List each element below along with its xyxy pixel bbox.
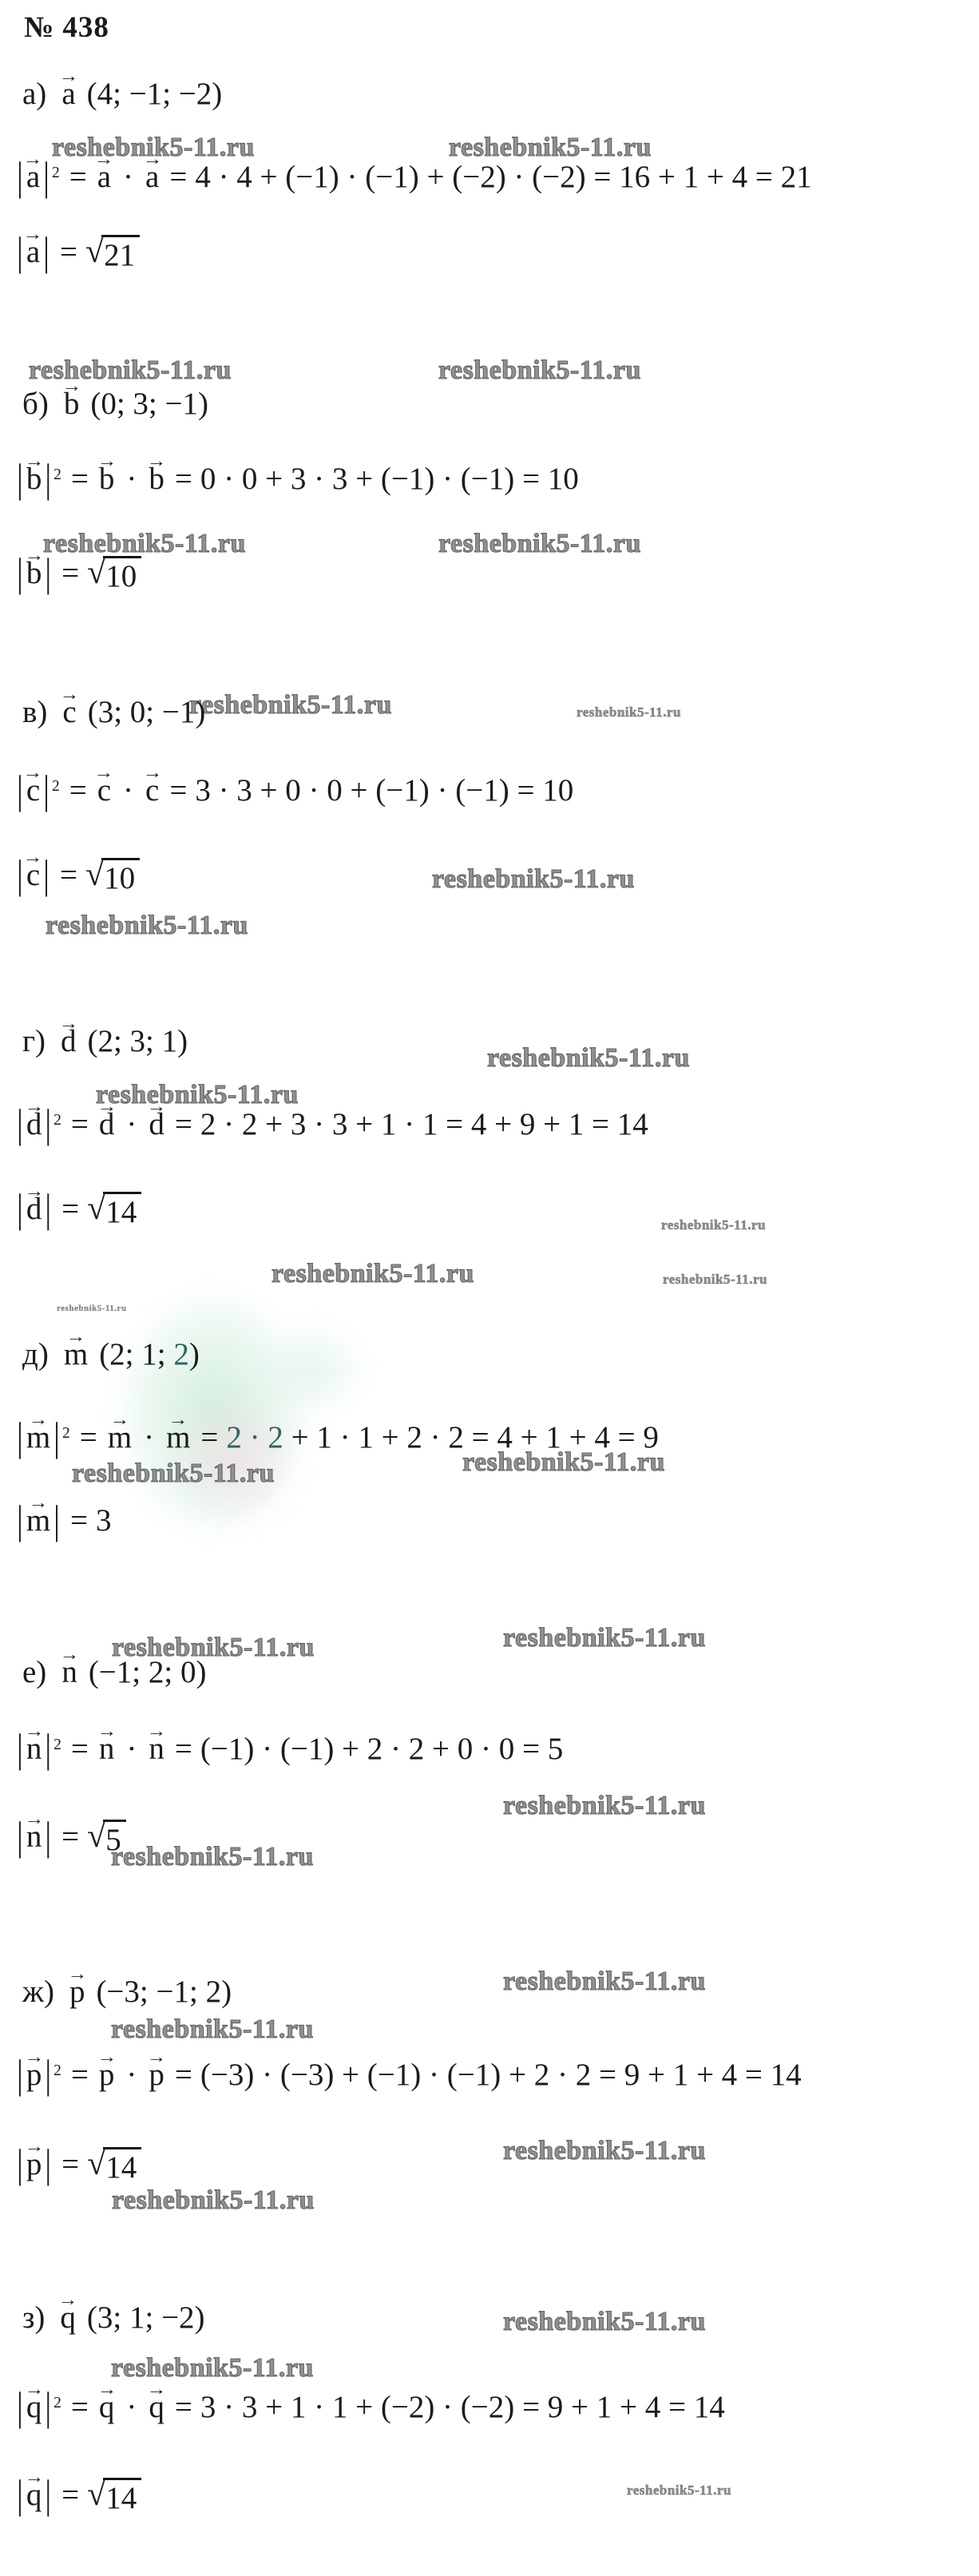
problem-number: № 438 [24, 11, 109, 46]
vector-symbol: q [99, 2390, 115, 2426]
watermark: reshebnik5-11.ru [72, 1459, 275, 1489]
watermark: reshebnik5-11.ru [503, 2307, 706, 2337]
vector-symbol: b [26, 462, 42, 498]
section-label: ж) [22, 1975, 54, 2009]
equation-rhs: 2 · 2 + 3 · 3 + 1 · 1 = 4 + 9 + 1 = 14 [200, 1107, 648, 1141]
equation-rhs: 4 · 4 + (−1) · (−1) + (−2) · (−2) = 16 +… [195, 160, 811, 194]
section-c-result: |c|=√10 [16, 858, 140, 894]
vector-symbol: p [149, 2058, 164, 2094]
watermark: reshebnik5-11.ru [43, 529, 246, 559]
result-value: 3 [96, 1503, 112, 1538]
vector-symbol: p [69, 1975, 85, 2010]
vector-coords: (3; 1; −2) [87, 2300, 205, 2335]
section-label: з) [22, 2300, 45, 2335]
section-m-equation: |m|2=m·m=2 · 2 + 1 · 1 + 2 · 2 = 4 + 1 +… [16, 1420, 659, 1456]
abs-squared: |d|2 [16, 1107, 61, 1141]
vector-symbol: c [97, 773, 111, 809]
watermark: reshebnik5-11.ru [112, 2185, 315, 2216]
vector-symbol: a [145, 160, 159, 196]
vector-symbol: d [99, 1107, 115, 1143]
vector-symbol: a [26, 160, 40, 196]
section-b-header: б)b(0; 3; −1) [22, 387, 208, 423]
section-n-result: |n|=√5 [16, 1820, 126, 1856]
watermark: reshebnik5-11.ru [503, 1791, 706, 1821]
vector-symbol: q [26, 2390, 42, 2426]
section-b-result: |b|=√10 [16, 556, 141, 592]
vector-symbol: b [26, 556, 42, 592]
watermark: reshebnik5-11.ru [577, 705, 681, 720]
section-label: а) [22, 77, 46, 111]
equation-rhs: 0 · 0 + 3 · 3 + (−1) · (−1) = 10 [200, 462, 579, 496]
section-d-header: г)d(2; 3; 1) [22, 1024, 188, 1060]
watermark: reshebnik5-11.ru [111, 1842, 314, 1872]
vector-symbol: q [26, 2478, 42, 2514]
watermark: reshebnik5-11.ru [96, 1080, 299, 1110]
watermark: reshebnik5-11.ru [663, 1272, 767, 1288]
vector-symbol: q [60, 2300, 76, 2336]
vector-symbol: p [26, 2147, 42, 2183]
section-m-result: |m|=3 [16, 1503, 111, 1539]
watermark: reshebnik5-11.ru [661, 1217, 766, 1233]
vector-symbol: p [26, 2058, 42, 2094]
abs-squared: |q|2 [16, 2390, 61, 2424]
watermark: reshebnik5-11.ru [46, 911, 248, 941]
vector-symbol: m [108, 1420, 132, 1456]
vector-symbol: a [97, 160, 111, 196]
section-label: д) [22, 1337, 49, 1371]
vector-symbol: b [99, 462, 115, 498]
section-n-equation: |n|2=n·n=(−1) · (−1) + 2 · 2 + 0 · 0 = 5 [16, 1732, 563, 1768]
abs-squared: |p|2 [16, 2058, 61, 2092]
section-c-header: в)c(3; 0; −1) [22, 695, 205, 731]
section-n-header: е)n(−1; 2; 0) [22, 1655, 206, 1691]
section-a-result: |a|=√21 [16, 235, 140, 271]
watermark: reshebnik5-11.ru [438, 355, 641, 386]
square-root: √14 [87, 2478, 141, 2514]
equation-rhs: + 1 · 1 + 2 · 2 = 4 + 1 + 4 = 9 [283, 1420, 659, 1455]
square-root: √10 [85, 858, 140, 894]
vector-coords: (0; 3; −1) [90, 387, 208, 421]
watermark: reshebnik5-11.ru [487, 1043, 690, 1074]
abs-squared: |b|2 [16, 462, 61, 496]
watermark: reshebnik5-11.ru [438, 529, 641, 559]
abs-squared: |m|2 [16, 1420, 70, 1455]
vector-coords: (2; 3; 1) [87, 1024, 188, 1058]
vector-symbol: c [26, 858, 40, 894]
section-p-header: ж)p(−3; −1; 2) [22, 1975, 232, 2010]
vector-symbol: m [26, 1420, 50, 1456]
highlighted-term: 2 · 2 [226, 1420, 283, 1455]
vector-symbol: d [149, 1107, 164, 1143]
watermark: reshebnik5-11.ru [503, 2136, 706, 2166]
vector-symbol: d [26, 1192, 42, 1228]
watermark: reshebnik5-11.ru [111, 2353, 314, 2383]
section-p-equation: |p|2=p·p=(−3) · (−3) + (−1) · (−1) + 2 ·… [16, 2058, 802, 2094]
watermark: reshebnik5-11.ru [272, 1259, 474, 1289]
vector-symbol: d [61, 1024, 77, 1060]
watermark: reshebnik5-11.ru [57, 1304, 127, 1313]
vector-symbol: q [149, 2390, 164, 2426]
equation-rhs: (−3) · (−3) + (−1) · (−1) + 2 · 2 = 9 + … [200, 2058, 802, 2092]
vector-symbol: n [26, 1820, 42, 1856]
vector-symbol: m [166, 1420, 190, 1456]
equation-rhs: 3 · 3 + 0 · 0 + (−1) · (−1) = 10 [195, 773, 573, 808]
section-label: б) [22, 387, 49, 421]
square-root: √10 [87, 556, 141, 592]
section-m-header: д)m(2; 1; 2) [22, 1337, 200, 1373]
stain-blob-green [120, 1292, 307, 1532]
worksheet-page: reshebnik5-11.rureshebnik5-11.rureshebni… [0, 0, 979, 2576]
vector-symbol: c [26, 773, 40, 809]
vector-coords: (−3; −1; 2) [96, 1975, 232, 2009]
vector-coords: (4; −1; −2) [87, 77, 223, 111]
watermark: reshebnik5-11.ru [111, 2014, 314, 2045]
section-a-equation: |a|2=a·a=4 · 4 + (−1) · (−1) + (−2) · (−… [16, 160, 812, 196]
watermark: reshebnik5-11.ru [627, 2483, 731, 2499]
watermark: reshebnik5-11.ru [503, 1623, 706, 1653]
section-c-equation: |c|2=c·c=3 · 3 + 0 · 0 + (−1) · (−1) = 1… [16, 773, 573, 809]
section-q-equation: |q|2=q·q=3 · 3 + 1 · 1 + (−2) · (−2) = 9… [16, 2390, 725, 2426]
highlighted-digit: 2 [173, 1337, 189, 1371]
vector-symbol: c [145, 773, 159, 809]
section-label: е) [22, 1655, 46, 1689]
section-q-result: |q|=√14 [16, 2478, 141, 2514]
square-root: √5 [87, 1820, 126, 1856]
watermark: reshebnik5-11.ru [449, 133, 652, 163]
equation-rhs: 3 · 3 + 1 · 1 + (−2) · (−2) = 9 + 1 + 4 … [200, 2390, 725, 2424]
square-root: √21 [85, 235, 140, 271]
section-p-result: |p|=√14 [16, 2147, 141, 2183]
vector-coords: (3; 0; −1) [88, 695, 206, 729]
watermark: reshebnik5-11.ru [29, 355, 232, 386]
vector-symbol: c [62, 695, 76, 731]
vector-symbol: n [99, 1732, 115, 1768]
vector-symbol: m [64, 1337, 88, 1373]
watermark: reshebnik5-11.ru [503, 1967, 706, 1997]
vector-symbol: d [26, 1107, 42, 1143]
section-label: в) [22, 695, 47, 729]
section-b-equation: |b|2=b·b=0 · 0 + 3 · 3 + (−1) · (−1) = 1… [16, 462, 579, 498]
vector-symbol: b [64, 387, 80, 423]
stain-blob-green-small [264, 1322, 367, 1418]
vector-symbol: m [26, 1503, 50, 1539]
square-root: √14 [87, 2147, 141, 2183]
vector-symbol: a [61, 77, 75, 113]
vector-symbol: n [26, 1732, 42, 1768]
section-d-equation: |d|2=d·d=2 · 2 + 3 · 3 + 1 · 1 = 4 + 9 +… [16, 1107, 648, 1143]
square-root: √14 [87, 1192, 141, 1228]
vector-coords: (2; 1; 2) [99, 1337, 200, 1371]
vector-coords: (−1; 2; 0) [89, 1655, 207, 1689]
equation-rhs: (−1) · (−1) + 2 · 2 + 0 · 0 = 5 [200, 1732, 563, 1766]
section-a-header: а)a(4; −1; −2) [22, 77, 222, 113]
vector-symbol: n [149, 1732, 164, 1768]
watermark: reshebnik5-11.ru [432, 864, 635, 895]
section-label: г) [22, 1024, 46, 1058]
abs-squared: |c|2 [16, 773, 60, 808]
abs-squared: |n|2 [16, 1732, 61, 1766]
vector-symbol: a [26, 235, 40, 271]
watermark: reshebnik5-11.ru [189, 690, 392, 720]
vector-symbol: b [149, 462, 164, 498]
abs-squared: |a|2 [16, 160, 60, 194]
section-d-result: |d|=√14 [16, 1192, 141, 1228]
section-q-header: з)q(3; 1; −2) [22, 2300, 205, 2336]
vector-symbol: p [99, 2058, 115, 2094]
vector-symbol: n [61, 1655, 77, 1691]
